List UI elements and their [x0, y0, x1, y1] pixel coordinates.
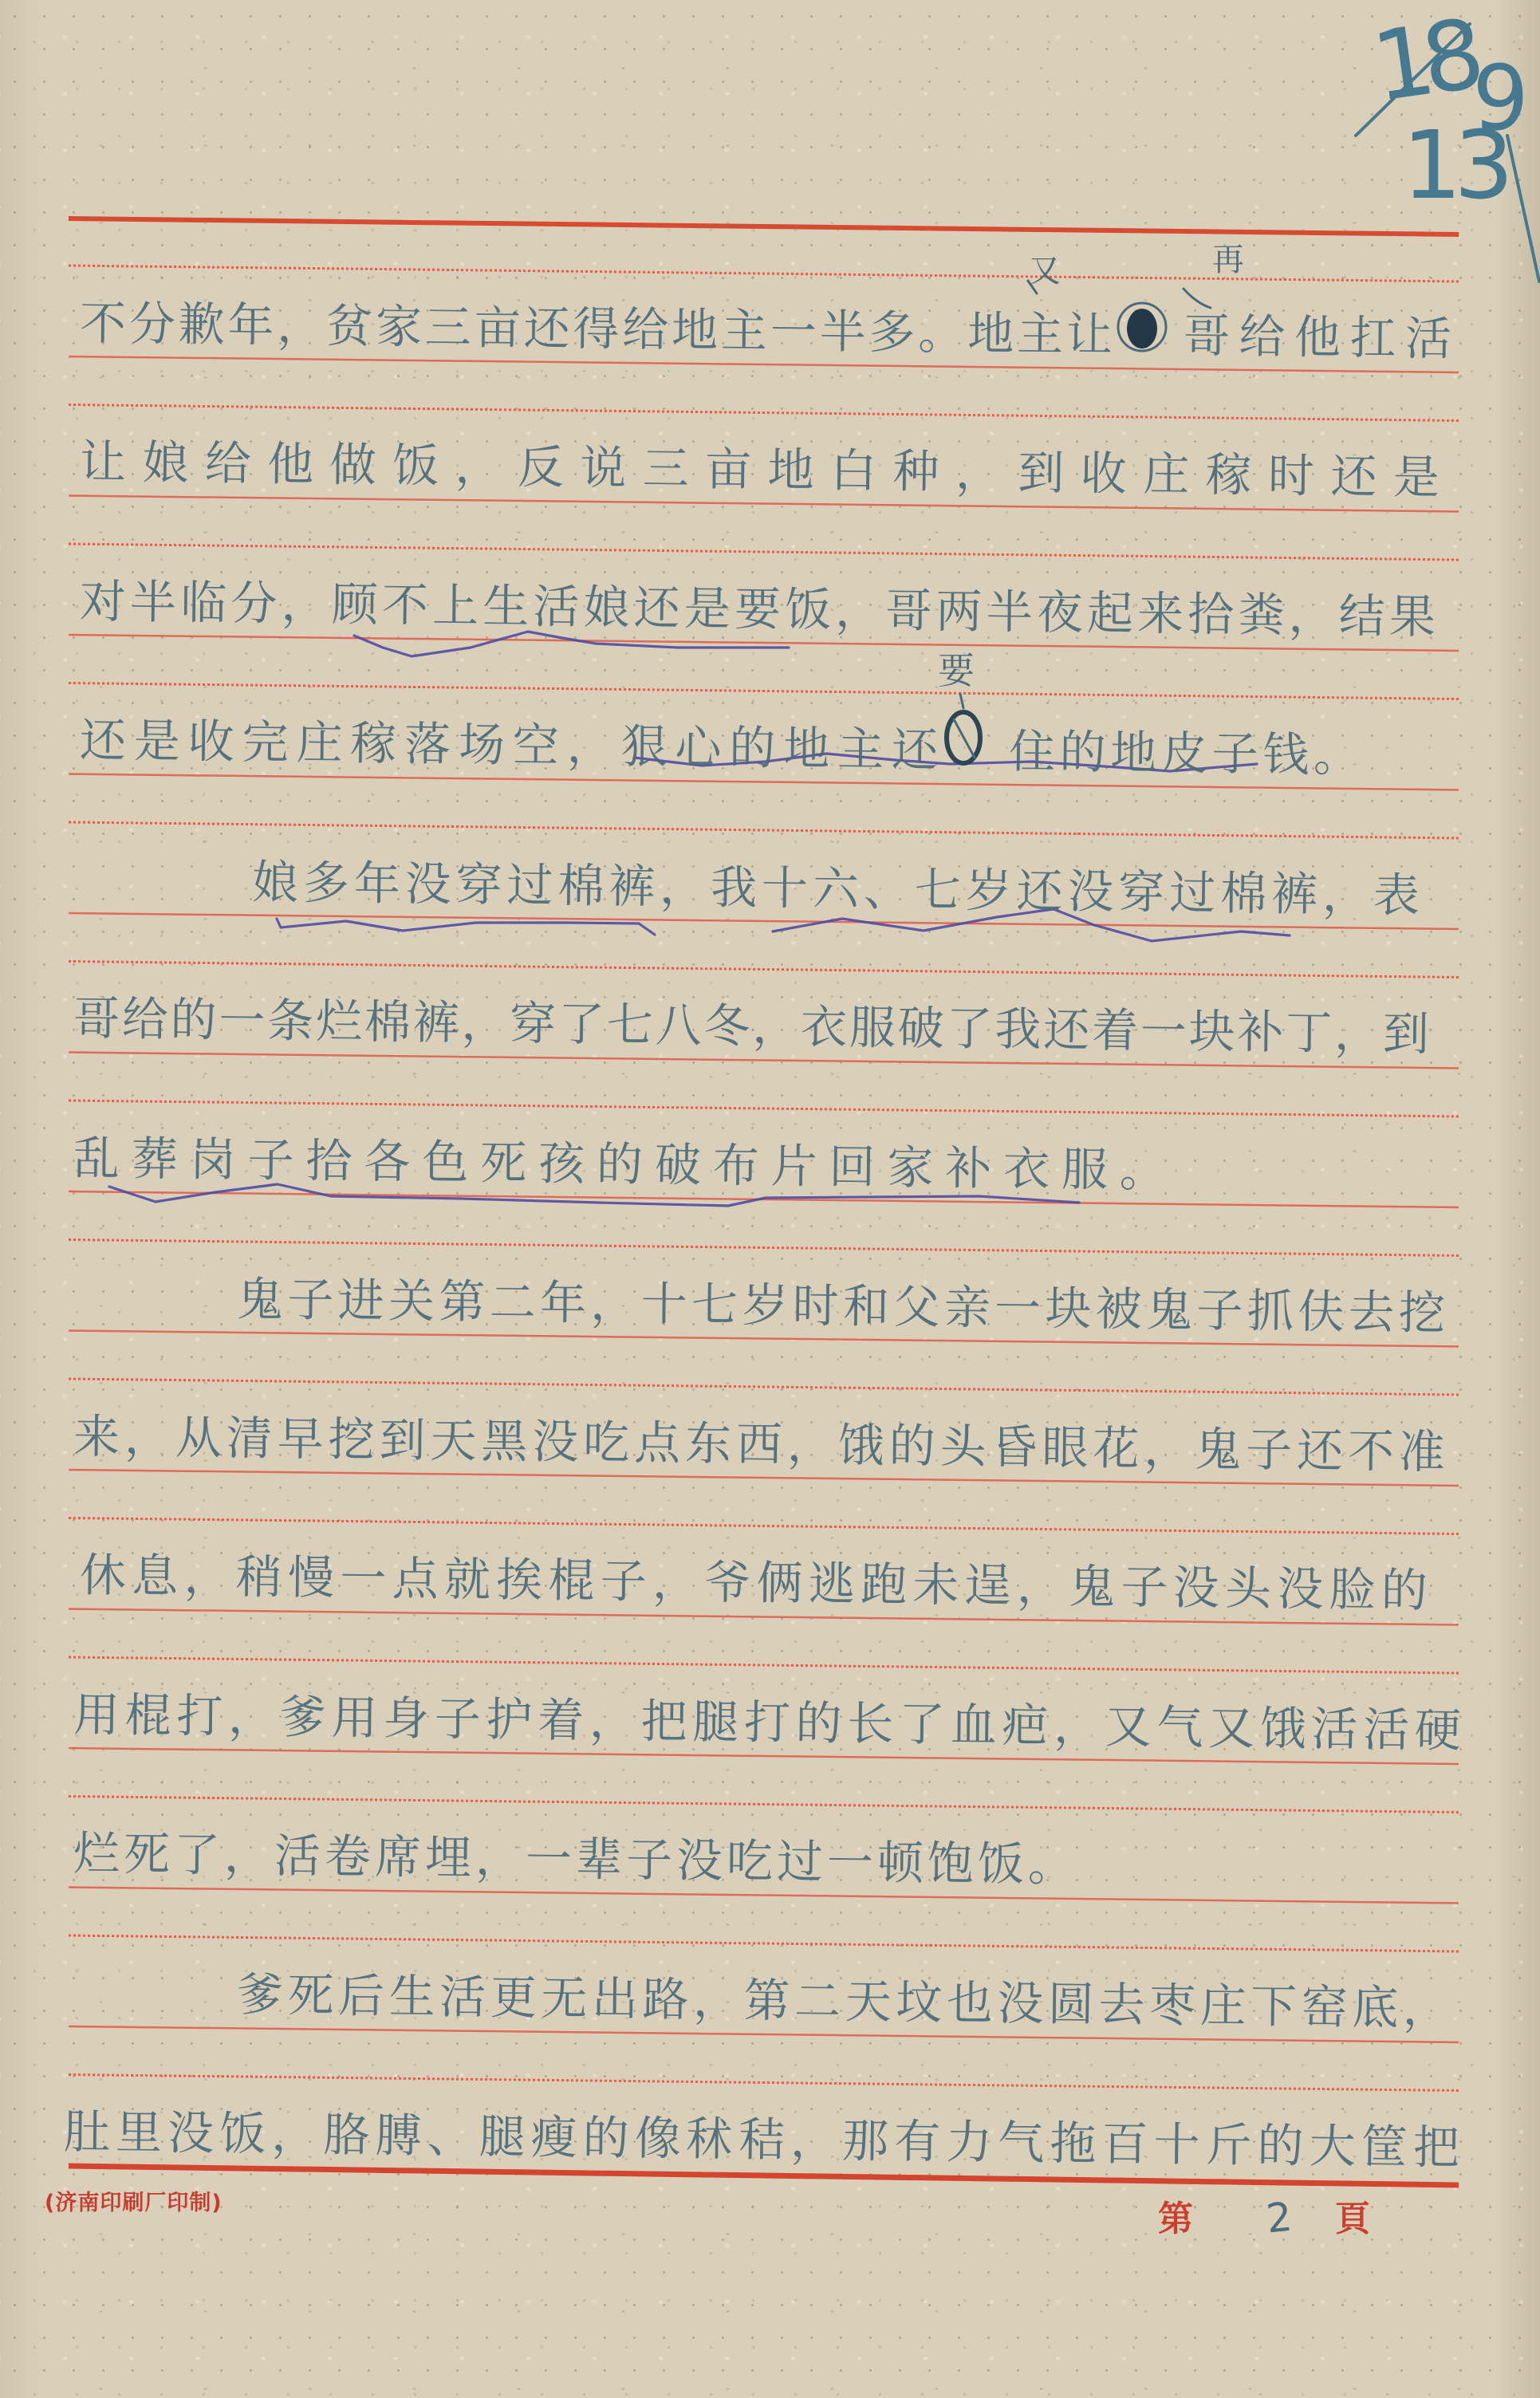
text-line-3: 对半临分，顾不上生活娘还是要饭，哥两半夜起来拾粪，结果 — [80, 569, 1436, 649]
text-line-8-paragraph-start: 鬼子进关第二年，十七岁时和父亲一块被鬼子抓伕去挖 — [237, 1267, 1446, 1345]
underline-line-5a — [277, 919, 655, 935]
struck-page-number: 18 — [1367, 8, 1479, 116]
page-number: 2 — [1264, 2196, 1294, 2239]
text-line-4-part-b: 住的地皮子钱。 — [1009, 719, 1361, 787]
text-line-1-part-b: 哥给他扛活 — [1184, 304, 1452, 371]
printer-imprint: (济南印刷厂印制) — [45, 2185, 223, 2216]
ink-blot-line-1 — [1127, 309, 1157, 348]
text-line-7: 乱葬岗子拾各色死孩的破布片回家补衣服。 — [73, 1126, 1167, 1203]
struck-character-strokes — [954, 694, 975, 758]
ink-blot-line-4 — [947, 712, 980, 763]
numeral-tail-stroke — [1507, 136, 1539, 282]
struck-character-outline — [1118, 303, 1166, 351]
text-line-1-part-a: 不分歉年，贫家三亩还得给地主一半多。地主让 — [80, 291, 1113, 367]
text-line-4-part-a: 还是收完庄稼落场空，狠心的地主还 — [80, 708, 939, 782]
text-line-13-paragraph-start: 爹死后生活更无出路，第二天坟也没圆去枣庄下窑底， — [237, 1963, 1450, 2041]
text-line-14: 肚里没饭，胳膊、腿瘦的像秫秸，那有力气拖百十斤的大筐把 — [64, 2100, 1460, 2179]
header-rule — [69, 219, 1459, 234]
page-label-prefix: 第 — [1158, 2199, 1193, 2239]
insertion-mark-you: 又 — [1029, 255, 1061, 287]
insertion-mark-yao: 要 — [938, 652, 975, 689]
text-line-12: 烂死了，活卷席埋，一辈子没吃过一顿饱饭。 — [73, 1821, 1075, 1896]
corner-number-bottom: 13 — [1402, 118, 1506, 212]
manuscript-page: 18 9 13 又 再 要 不分歉年，贫家三亩还得给地主一半多。地主让 哥给他扛… — [0, 0, 1540, 2398]
text-line-2: 让娘给他做饭，反说三亩地白种，到收庄稼时还是 — [80, 430, 1440, 510]
text-line-6: 哥给的一条烂棉裤，穿了七八冬，衣服破了我还着一块补丁，到 — [73, 986, 1430, 1066]
text-line-10: 休息，稍慢一点就挨棍子，爷俩逃跑未逞，鬼子没头没脸的 — [80, 1543, 1428, 1622]
text-line-11: 用棍打，爹用身子护着，把腿打的长了血疤，又气又饿活活硬 — [73, 1683, 1462, 1762]
insertion-mark-zai: 再 — [1212, 244, 1244, 276]
text-line-5-paragraph-start: 娘多年没穿过棉裤，我十六、七岁还没穿过棉裤，表 — [252, 850, 1420, 927]
text-line-9: 来，从清早挖到天黑没吃点东西，饿的头昏眼花，鬼子还不准 — [73, 1404, 1446, 1484]
page-label-suffix: 頁 — [1335, 2199, 1370, 2239]
